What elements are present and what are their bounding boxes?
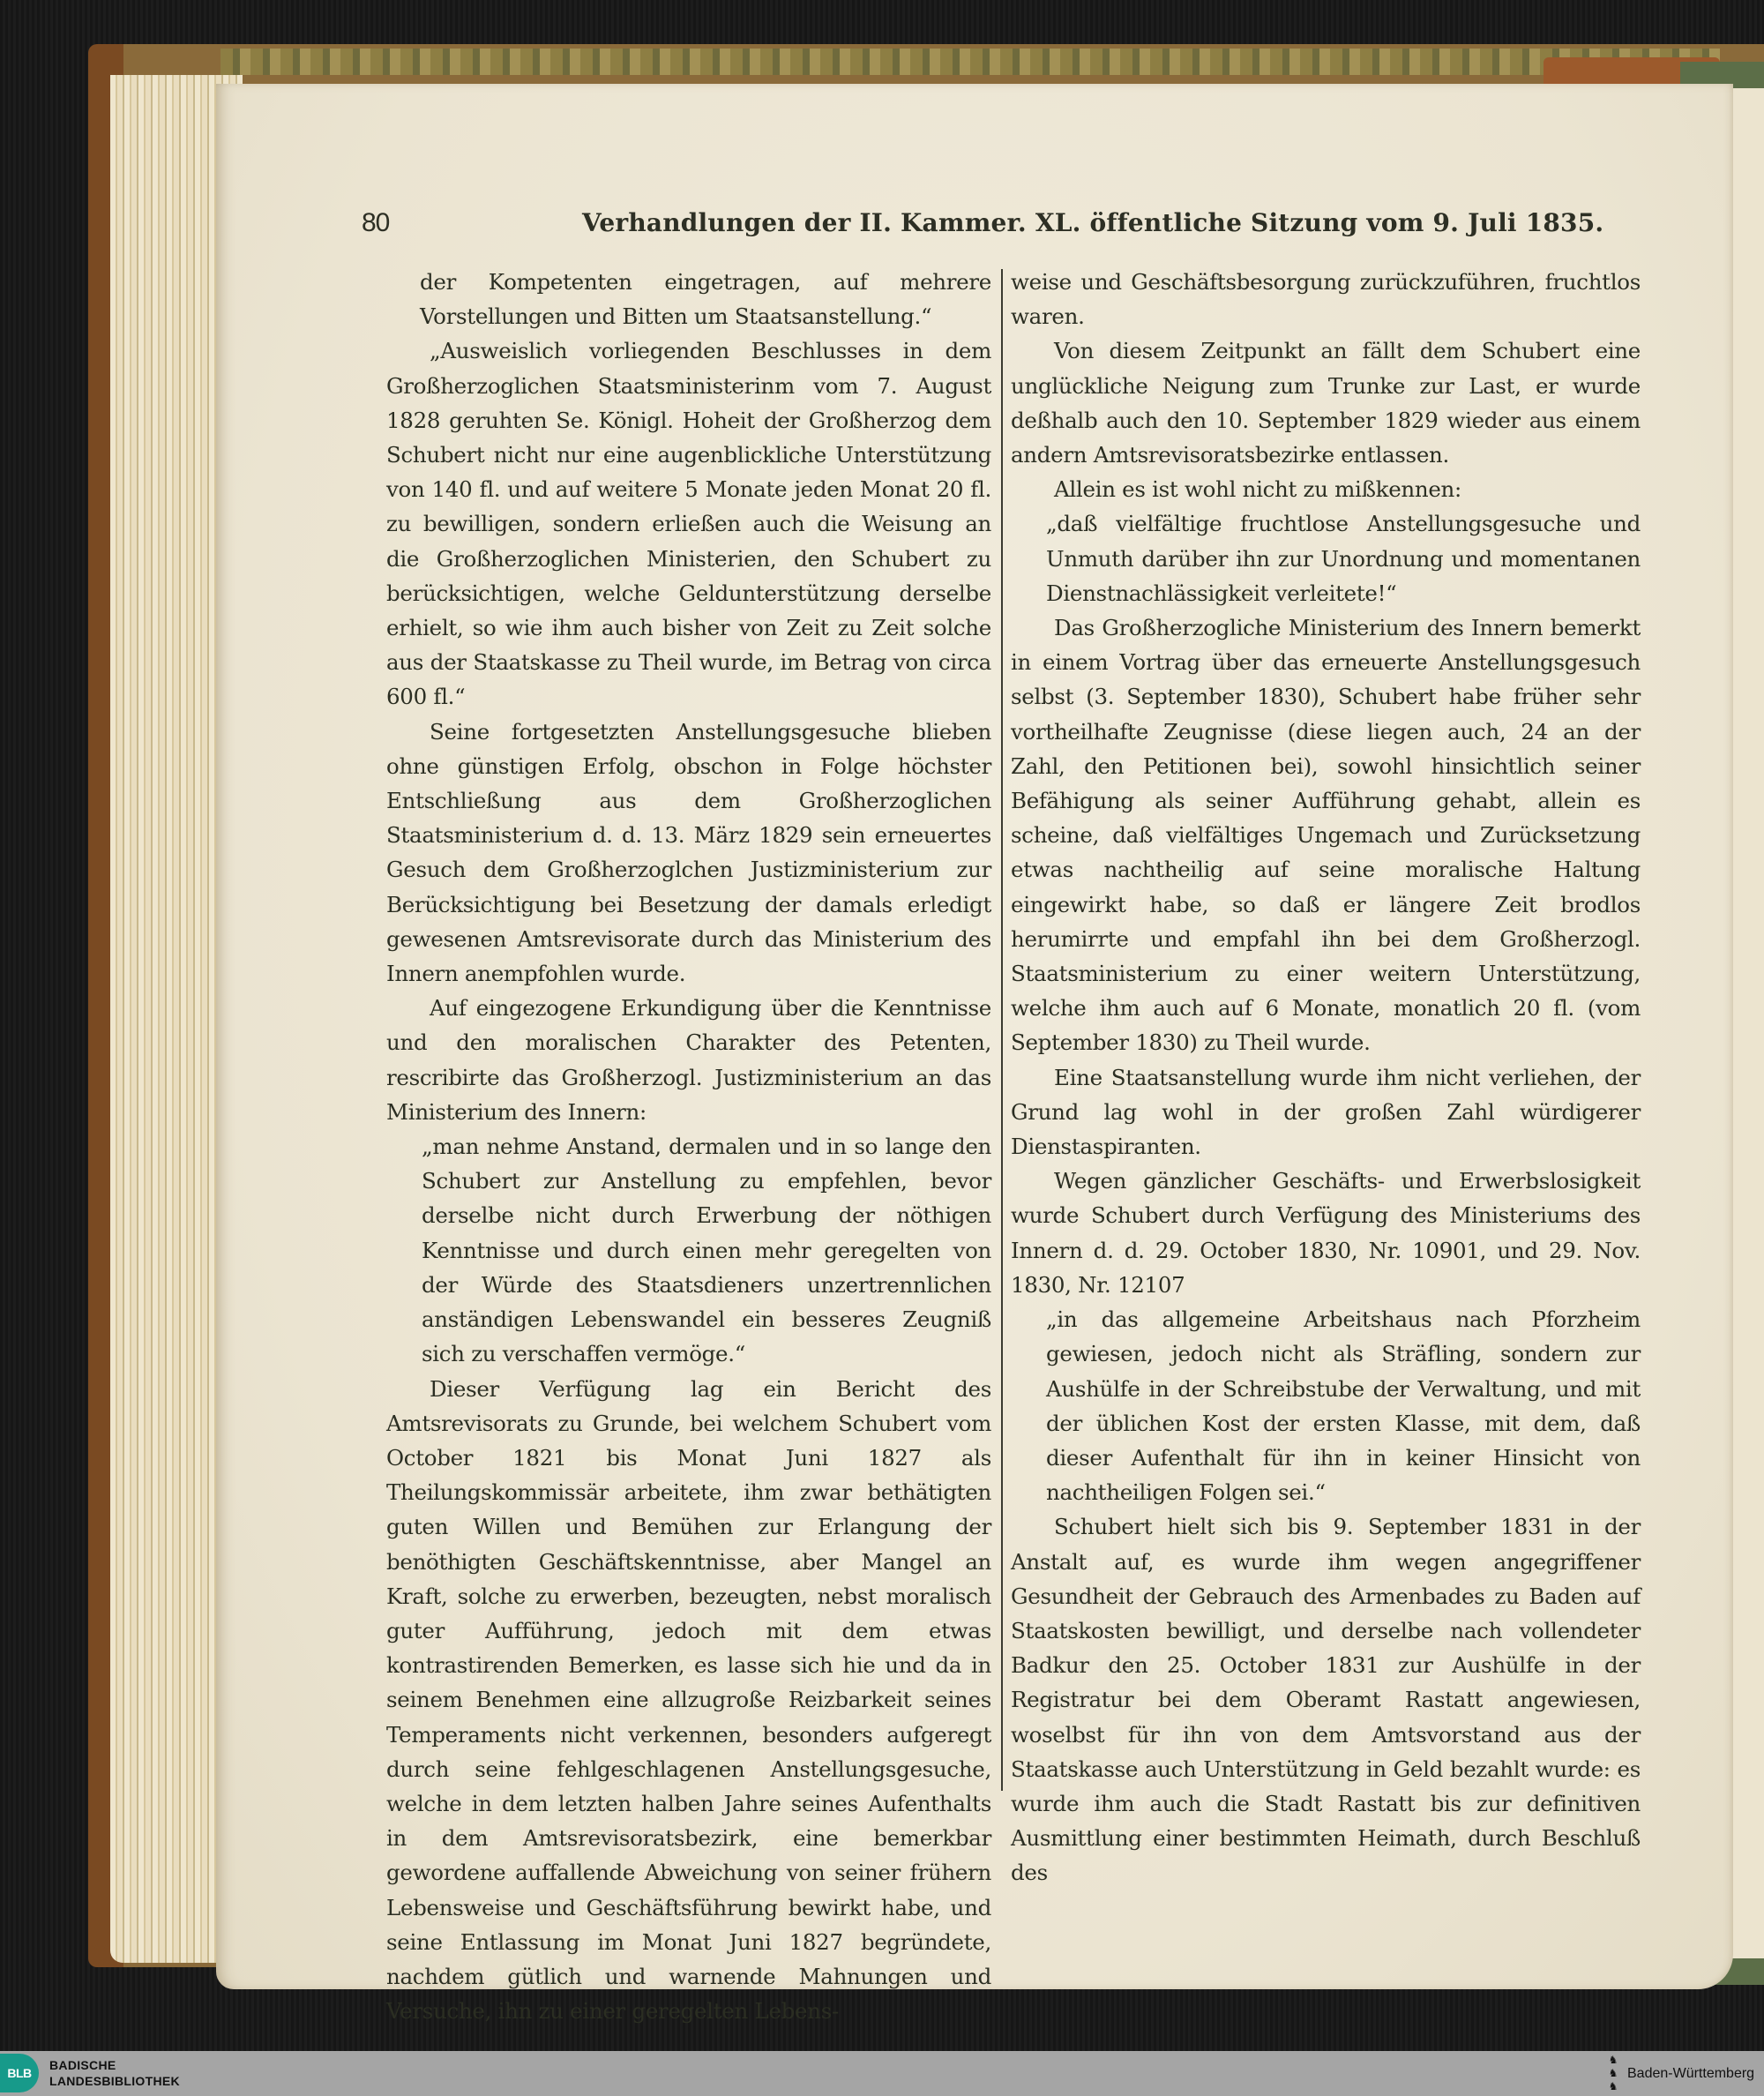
library-name: BADISCHE LANDESBIBLIOTHEK <box>49 2057 180 2089</box>
paragraph: Eine Staatsanstellung wurde ihm nicht ve… <box>1011 1060 1641 1164</box>
right-column: weise und Geschäftsbesorgung zurückzufüh… <box>1011 265 1641 1890</box>
state-name: Baden-Württemberg <box>1627 2066 1754 2082</box>
paragraph: Seine fortgesetzten Anstellungsgesuche b… <box>386 715 991 992</box>
paragraph: Wegen gänzlicher Geschäfts- und Erwerbsl… <box>1011 1164 1641 1302</box>
lions-icon: ♞♞♞ <box>1605 2054 1621 2093</box>
paragraph: Allein es ist wohl nicht zu mißkennen: <box>1011 472 1641 506</box>
paragraph: der Kompetenten eingetragen, auf mehrere… <box>386 265 991 333</box>
book-cover-top-edge <box>220 49 1720 75</box>
blb-logo[interactable]: BLB <box>0 2054 39 2092</box>
quote-block: „man nehme Anstand, dermalen und in so l… <box>386 1129 991 1371</box>
facing-page-edge <box>1729 88 1764 1958</box>
column-divider <box>1001 269 1003 1791</box>
quote-block: „in das allgemeine Arbeitshaus nach Pfor… <box>1011 1302 1641 1509</box>
paragraph: Dieser Verfügung lag ein Bericht des Amt… <box>386 1372 991 2029</box>
state-logo[interactable]: ♞♞♞ Baden-Württemberg <box>1605 2054 1764 2094</box>
running-title: Verhandlungen der II. Kammer. XL. öffent… <box>582 208 1394 237</box>
viewer-footer-bar: BLB BADISCHE LANDESBIBLIOTHEK ♞♞♞ Baden-… <box>0 2051 1764 2096</box>
paragraph: Schubert hielt sich bis 9. September 183… <box>1011 1509 1641 1890</box>
paragraph: Das Großherzogliche Ministerium des Inne… <box>1011 610 1641 1060</box>
page-number: 80 <box>362 208 389 238</box>
paragraph: Von diesem Zeitpunkt an fällt dem Schube… <box>1011 333 1641 472</box>
quote-block: „daß vielfältige fruchtlose Anstellungsg… <box>1011 506 1641 610</box>
left-column: der Kompetenten eingetragen, auf mehrere… <box>386 265 991 2028</box>
library-name-line2: LANDESBIBLIOTHEK <box>49 2073 180 2089</box>
paragraph: Auf eingezogene Erkundigung über die Ken… <box>386 991 991 1129</box>
page-header: 80 Verhandlungen der II. Kammer. XL. öff… <box>0 208 1764 243</box>
library-name-line1: BADISCHE <box>49 2057 180 2073</box>
paragraph: „Ausweislich vorliegenden Beschlusses in… <box>386 333 991 714</box>
paragraph: weise und Geschäftsbesorgung zurückzufüh… <box>1011 265 1641 333</box>
